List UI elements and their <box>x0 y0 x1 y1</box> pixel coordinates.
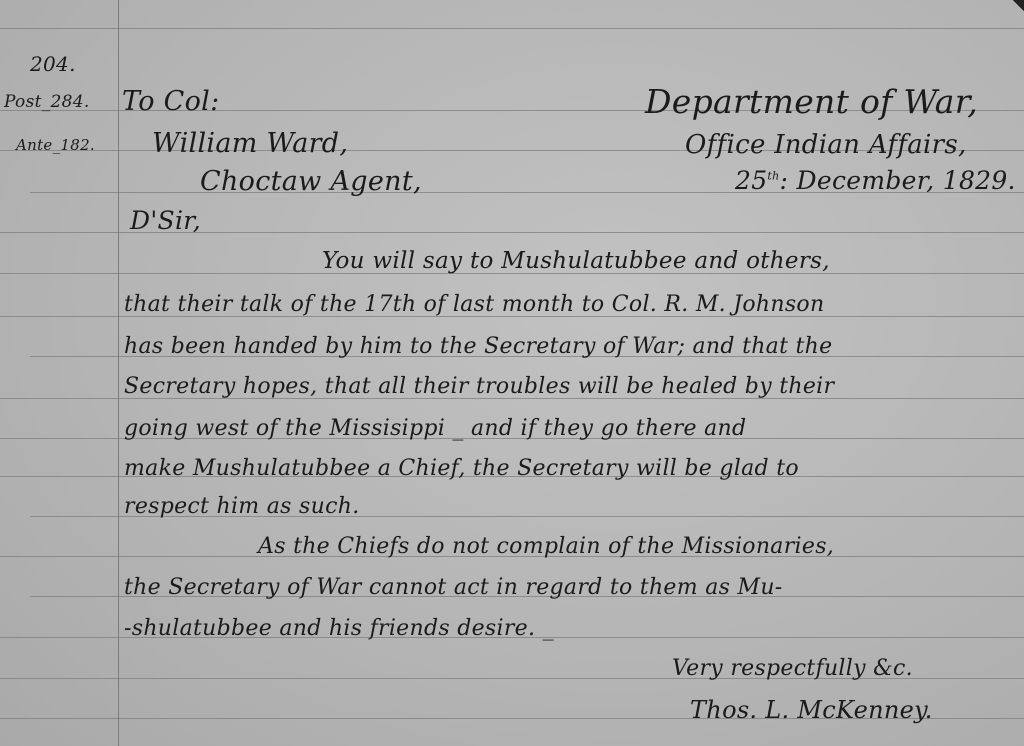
date-rest: : December, 1829. <box>780 166 1016 195</box>
margin-note-post: Post_284. <box>4 92 90 112</box>
margin-note-ante: Ante_182. <box>16 136 95 154</box>
body-line: has been handed by him to the Secretary … <box>124 334 832 359</box>
body-line: the Secretary of War cannot act in regar… <box>124 575 783 600</box>
date-day: 25 <box>735 166 767 195</box>
body-line: make Mushulatubbee a Chief, the Secretar… <box>124 456 799 481</box>
signature: Thos. L. McKenney. <box>690 696 933 724</box>
valediction: Very respectfully &c. <box>672 656 913 681</box>
addressee-title: Choctaw Agent, <box>200 166 422 197</box>
letter-book-page: 204. Post_284. Ante_182. To Col: William… <box>0 0 1024 746</box>
body-line: You will say to Mushulatubbee and others… <box>322 248 830 274</box>
ruled-line <box>0 28 1024 29</box>
page-corner-shadow <box>1010 0 1024 14</box>
body-line: that their talk of the 17th of last mont… <box>124 292 824 317</box>
greeting: D'Sir, <box>130 206 201 235</box>
body-line: respect him as such. <box>124 494 360 519</box>
salutation-to: To Col: <box>122 86 220 117</box>
date-suffix: th <box>767 170 779 183</box>
page-number: 204. <box>30 52 76 76</box>
letterhead-department: Department of War, <box>645 82 978 121</box>
letterhead-office: Office Indian Affairs, <box>685 130 967 160</box>
margin-line <box>118 0 119 746</box>
letterhead-date: 25th: December, 1829. <box>735 166 1016 195</box>
body-line: -shulatubbee and his friends desire. _ <box>124 616 554 641</box>
body-line: Secretary hopes, that all their troubles… <box>124 374 834 399</box>
body-line: going west of the Missisippi _ and if th… <box>124 416 746 441</box>
body-line: As the Chiefs do not complain of the Mis… <box>258 534 834 559</box>
addressee-name: William Ward, <box>152 128 348 159</box>
